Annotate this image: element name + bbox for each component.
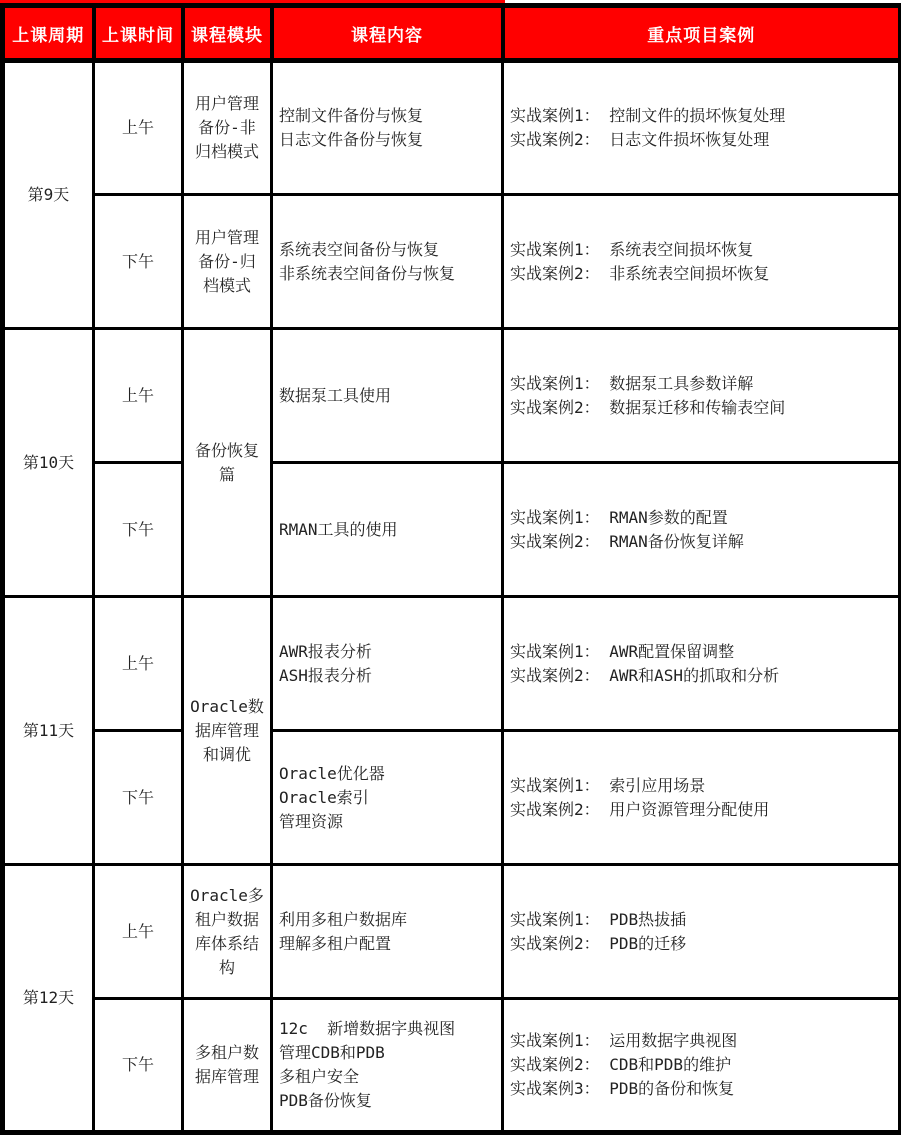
content-cell: AWR报表分析 ASH报表分析 — [272, 597, 503, 731]
content-line: AWR报表分析 — [279, 640, 497, 664]
time-cell: 下午 — [94, 463, 183, 597]
case-line: 实战案例2： 日志文件损坏恢复处理 — [510, 128, 894, 152]
module-line: 备份-归 — [188, 250, 266, 274]
module-line: 和调优 — [188, 743, 266, 767]
cases-cell: 实战案例1： 控制文件的损坏恢复处理 实战案例2： 日志文件损坏恢复处理 — [503, 61, 901, 195]
cases-cell: 实战案例1： 索引应用场景 实战案例2： 用户资源管理分配使用 — [503, 731, 901, 865]
case-line: 实战案例2： PDB的迁移 — [510, 932, 894, 956]
table-row: 下午 用户管理 备份-归 档模式 系统表空间备份与恢复 非系统表空间备份与恢复 … — [3, 195, 901, 329]
module-cell: 用户管理 备份-归 档模式 — [183, 195, 272, 329]
day-cell-day12: 第12天 — [3, 865, 94, 1133]
content-line: PDB备份恢复 — [279, 1089, 497, 1113]
content-line: 非系统表空间备份与恢复 — [279, 262, 497, 286]
content-cell: 利用多租户数据库 理解多租户配置 — [272, 865, 503, 999]
case-line: 实战案例2： CDB和PDB的维护 — [510, 1053, 894, 1077]
module-line: Oracle数 — [188, 695, 266, 719]
table-row: 下午 多租户数 据库管理 12c 新增数据字典视图 管理CDB和PDB 多租户安… — [3, 999, 901, 1133]
content-line: ASH报表分析 — [279, 664, 497, 688]
time-cell: 上午 — [94, 61, 183, 195]
case-line: 实战案例2： 用户资源管理分配使用 — [510, 798, 894, 822]
time-cell: 下午 — [94, 731, 183, 865]
content-line: 日志文件备份与恢复 — [279, 128, 497, 152]
content-cell: 12c 新增数据字典视图 管理CDB和PDB 多租户安全 PDB备份恢复 — [272, 999, 503, 1133]
content-cell: Oracle优化器 Oracle索引 管理资源 — [272, 731, 503, 865]
case-line: 实战案例1： 索引应用场景 — [510, 774, 894, 798]
table-row: 下午 Oracle优化器 Oracle索引 管理资源 实战案例1： 索引应用场景… — [3, 731, 901, 865]
content-line: 控制文件备份与恢复 — [279, 104, 497, 128]
content-cell: 数据泵工具使用 — [272, 329, 503, 463]
module-line: 据库管理 — [188, 719, 266, 743]
time-cell: 下午 — [94, 195, 183, 329]
header-row: 上课周期 上课时间 课程模块 课程内容 重点项目案例 — [3, 6, 901, 61]
module-line: 用户管理 — [188, 226, 266, 250]
table-row: 第11天 上午 Oracle数 据库管理 和调优 AWR报表分析 ASH报表分析… — [3, 597, 901, 731]
day-cell-day10: 第10天 — [3, 329, 94, 597]
content-line: 系统表空间备份与恢复 — [279, 238, 497, 262]
header-cell-content: 课程内容 — [272, 6, 503, 61]
content-cell: 控制文件备份与恢复 日志文件备份与恢复 — [272, 61, 503, 195]
module-line: 多租户数 — [188, 1041, 266, 1065]
header-cell-module: 课程模块 — [183, 6, 272, 61]
module-line: 构 — [188, 956, 266, 980]
case-line: 实战案例1： RMAN参数的配置 — [510, 506, 894, 530]
content-line: 数据泵工具使用 — [279, 384, 497, 408]
case-line: 实战案例2： RMAN备份恢复详解 — [510, 530, 894, 554]
case-line: 实战案例1： 运用数据字典视图 — [510, 1029, 894, 1053]
case-line: 实战案例1： AWR配置保留调整 — [510, 640, 894, 664]
content-line: 12c 新增数据字典视图 — [279, 1017, 497, 1041]
time-cell: 下午 — [94, 999, 183, 1133]
cases-cell: 实战案例1： 系统表空间损坏恢复 实战案例2： 非系统表空间损坏恢复 — [503, 195, 901, 329]
case-line: 实战案例1： 控制文件的损坏恢复处理 — [510, 104, 894, 128]
module-cell: Oracle多 租户数据 库体系结 构 — [183, 865, 272, 999]
content-line: 管理资源 — [279, 810, 497, 834]
case-line: 实战案例2： AWR和ASH的抓取和分析 — [510, 664, 894, 688]
module-line: 篇 — [188, 463, 266, 487]
content-line: 利用多租户数据库 — [279, 908, 497, 932]
table-row: 第10天 上午 备份恢复 篇 数据泵工具使用 实战案例1： 数据泵工具参数详解 … — [3, 329, 901, 463]
cases-cell: 实战案例1： 运用数据字典视图 实战案例2： CDB和PDB的维护 实战案例3：… — [503, 999, 901, 1133]
module-line: 归档模式 — [188, 140, 266, 164]
module-cell: 用户管理 备份-非 归档模式 — [183, 61, 272, 195]
day-cell-day11: 第11天 — [3, 597, 94, 865]
table-row: 第9天 上午 用户管理 备份-非 归档模式 控制文件备份与恢复 日志文件备份与恢… — [3, 61, 901, 195]
case-line: 实战案例1： 系统表空间损坏恢复 — [510, 238, 894, 262]
module-line: 档模式 — [188, 274, 266, 298]
content-line: Oracle优化器 — [279, 762, 497, 786]
table-row: 下午 RMAN工具的使用 实战案例1： RMAN参数的配置 实战案例2： RMA… — [3, 463, 901, 597]
content-line: RMAN工具的使用 — [279, 518, 497, 542]
module-cell: 多租户数 据库管理 — [183, 999, 272, 1133]
module-cell-shared: 备份恢复 篇 — [183, 329, 272, 597]
content-line: 多租户安全 — [279, 1065, 497, 1089]
day-cell-day9: 第9天 — [3, 61, 94, 329]
content-line: 管理CDB和PDB — [279, 1041, 497, 1065]
cases-cell: 实战案例1： 数据泵工具参数详解 实战案例2： 数据泵迁移和传输表空间 — [503, 329, 901, 463]
case-line: 实战案例2： 非系统表空间损坏恢复 — [510, 262, 894, 286]
time-cell: 上午 — [94, 865, 183, 999]
module-line: 据库管理 — [188, 1065, 266, 1089]
content-cell: RMAN工具的使用 — [272, 463, 503, 597]
cases-cell: 实战案例1： RMAN参数的配置 实战案例2： RMAN备份恢复详解 — [503, 463, 901, 597]
module-line: 备份-非 — [188, 116, 266, 140]
content-line: 理解多租户配置 — [279, 932, 497, 956]
module-cell-shared: Oracle数 据库管理 和调优 — [183, 597, 272, 865]
module-line: 库体系结 — [188, 932, 266, 956]
content-cell: 系统表空间备份与恢复 非系统表空间备份与恢复 — [272, 195, 503, 329]
cases-cell: 实战案例1： PDB热拔插 实战案例2： PDB的迁移 — [503, 865, 901, 999]
case-line: 实战案例1： 数据泵工具参数详解 — [510, 372, 894, 396]
case-line: 实战案例2： 数据泵迁移和传输表空间 — [510, 396, 894, 420]
module-line: 备份恢复 — [188, 439, 266, 463]
case-line: 实战案例3： PDB的备份和恢复 — [510, 1077, 894, 1101]
course-schedule-table: 上课周期 上课时间 课程模块 课程内容 重点项目案例 第9天 上午 用户管理 备… — [0, 3, 901, 1135]
time-cell: 上午 — [94, 329, 183, 463]
content-line: Oracle索引 — [279, 786, 497, 810]
header-cell-period: 上课周期 — [3, 6, 94, 61]
module-line: Oracle多 — [188, 884, 266, 908]
header-cell-cases: 重点项目案例 — [503, 6, 901, 61]
time-cell: 上午 — [94, 597, 183, 731]
cases-cell: 实战案例1： AWR配置保留调整 实战案例2： AWR和ASH的抓取和分析 — [503, 597, 901, 731]
module-line: 用户管理 — [188, 92, 266, 116]
header-cell-time: 上课时间 — [94, 6, 183, 61]
case-line: 实战案例1： PDB热拔插 — [510, 908, 894, 932]
table-row: 第12天 上午 Oracle多 租户数据 库体系结 构 利用多租户数据库 理解多… — [3, 865, 901, 999]
module-line: 租户数据 — [188, 908, 266, 932]
